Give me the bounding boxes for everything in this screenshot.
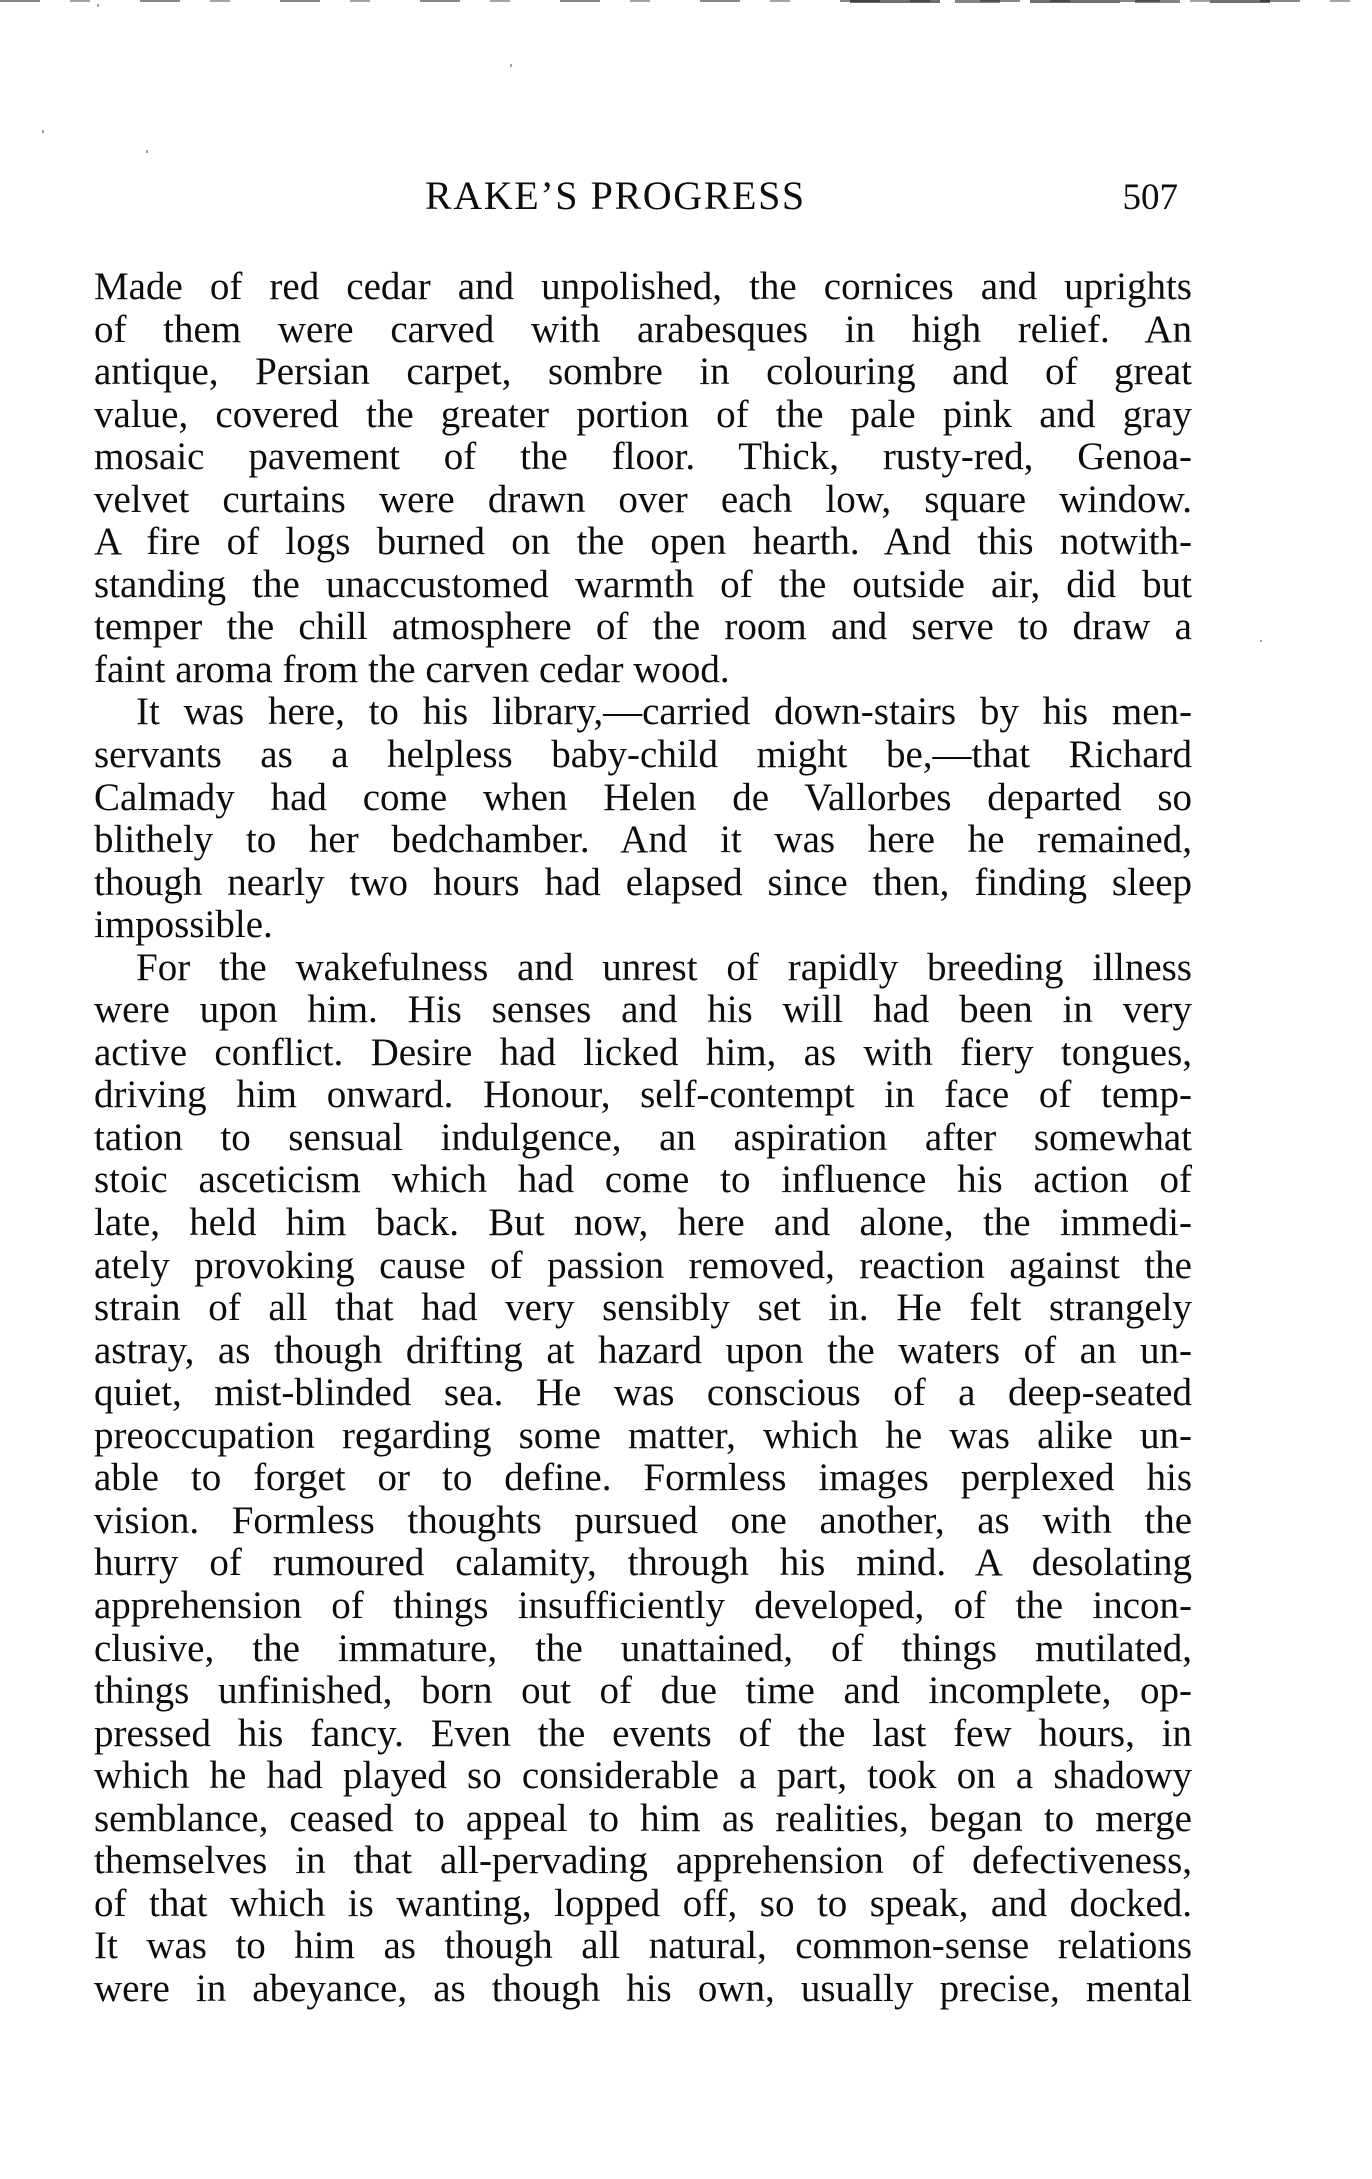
text-line: Made of red cedar and unpolished, the co…	[94, 266, 1192, 309]
text-line: standing the unaccustomed warmth of the …	[94, 564, 1192, 607]
text-line: active conflict. Desire had licked him, …	[94, 1032, 1192, 1075]
scan-edge-noise	[850, 0, 1270, 3]
text-line: themselves in that all-pervading apprehe…	[94, 1840, 1192, 1883]
text-line: mosaic pavement of the floor. Thick, rus…	[94, 436, 1192, 479]
text-line: antique, Persian carpet, sombre in colou…	[94, 351, 1192, 394]
text-line: A fire of logs burned on the open hearth…	[94, 521, 1192, 564]
text-line: strain of all that had very sensibly set…	[94, 1287, 1192, 1330]
text-line: clusive, the immature, the unattained, o…	[94, 1628, 1192, 1671]
scan-speck	[42, 130, 44, 133]
text-line: faint aroma from the carven cedar wood.	[94, 649, 1192, 692]
text-line: It was to him as though all natural, com…	[94, 1925, 1192, 1968]
text-line: apprehension of things insufficiently de…	[94, 1585, 1192, 1628]
text-line: of that which is wanting, lopped off, so…	[94, 1883, 1192, 1926]
text-line: though nearly two hours had elapsed sinc…	[94, 862, 1192, 905]
text-line: quiet, mist-blinded sea. He was consciou…	[94, 1372, 1192, 1415]
text-line: vision. Formless thoughts pursued one an…	[94, 1500, 1192, 1543]
text-line: impossible.	[94, 904, 1192, 947]
page-number: 507	[1123, 172, 1179, 224]
paragraph: Made of red cedar and unpolished, the co…	[94, 266, 1192, 691]
running-head: RAKE’S PROGRESS 507	[94, 170, 1192, 230]
text-line: late, held him back. But now, here and a…	[94, 1202, 1192, 1245]
text-line: preoccupation regarding some matter, whi…	[94, 1415, 1192, 1458]
text-line: were upon him. His senses and his will h…	[94, 989, 1192, 1032]
text-line: stoic asceticism which had come to influ…	[94, 1159, 1192, 1202]
text-line: driving him onward. Honour, self-contemp…	[94, 1074, 1192, 1117]
text-line: temper the chill atmosphere of the room …	[94, 606, 1192, 649]
text-line: pressed his fancy. Even the events of th…	[94, 1713, 1192, 1756]
text-line: servants as a helpless baby-child might …	[94, 734, 1192, 777]
text-line: blithely to her bedchamber. And it was h…	[94, 819, 1192, 862]
text-line: ately provoking cause of passion removed…	[94, 1245, 1192, 1288]
text-line: tation to sensual indulgence, an aspirat…	[94, 1117, 1192, 1160]
text-line: astray, as though drifting at hazard upo…	[94, 1330, 1192, 1373]
text-line: semblance, ceased to appeal to him as re…	[94, 1798, 1192, 1841]
scan-speck	[510, 64, 512, 67]
scan-speck	[146, 150, 148, 153]
body-text: Made of red cedar and unpolished, the co…	[94, 266, 1192, 2010]
paragraph: For the wakefulness and unrest of rapidl…	[94, 947, 1192, 2011]
text-line: Calmady had come when Helen de Vallorbes…	[94, 777, 1192, 820]
text-line: which he had played so considerable a pa…	[94, 1755, 1192, 1798]
text-line: able to forget or to define. Formless im…	[94, 1457, 1192, 1500]
text-line: velvet curtains were drawn over each low…	[94, 479, 1192, 522]
text-line: value, covered the greater portion of th…	[94, 394, 1192, 437]
text-line: It was here, to his library,—carried dow…	[94, 691, 1192, 734]
text-line: hurry of rumoured calamity, through his …	[94, 1542, 1192, 1585]
text-line: things unfinished, born out of due time …	[94, 1670, 1192, 1713]
text-line: were in abeyance, as though his own, usu…	[94, 1968, 1192, 2011]
text-line: of them were carved with arabesques in h…	[94, 309, 1192, 352]
scan-speck	[97, 4, 99, 7]
text-line: For the wakefulness and unrest of rapidl…	[94, 947, 1192, 990]
paragraph: It was here, to his library,—carried dow…	[94, 691, 1192, 946]
running-title: RAKE’S PROGRESS	[425, 170, 806, 222]
scan-speck	[1260, 640, 1262, 642]
